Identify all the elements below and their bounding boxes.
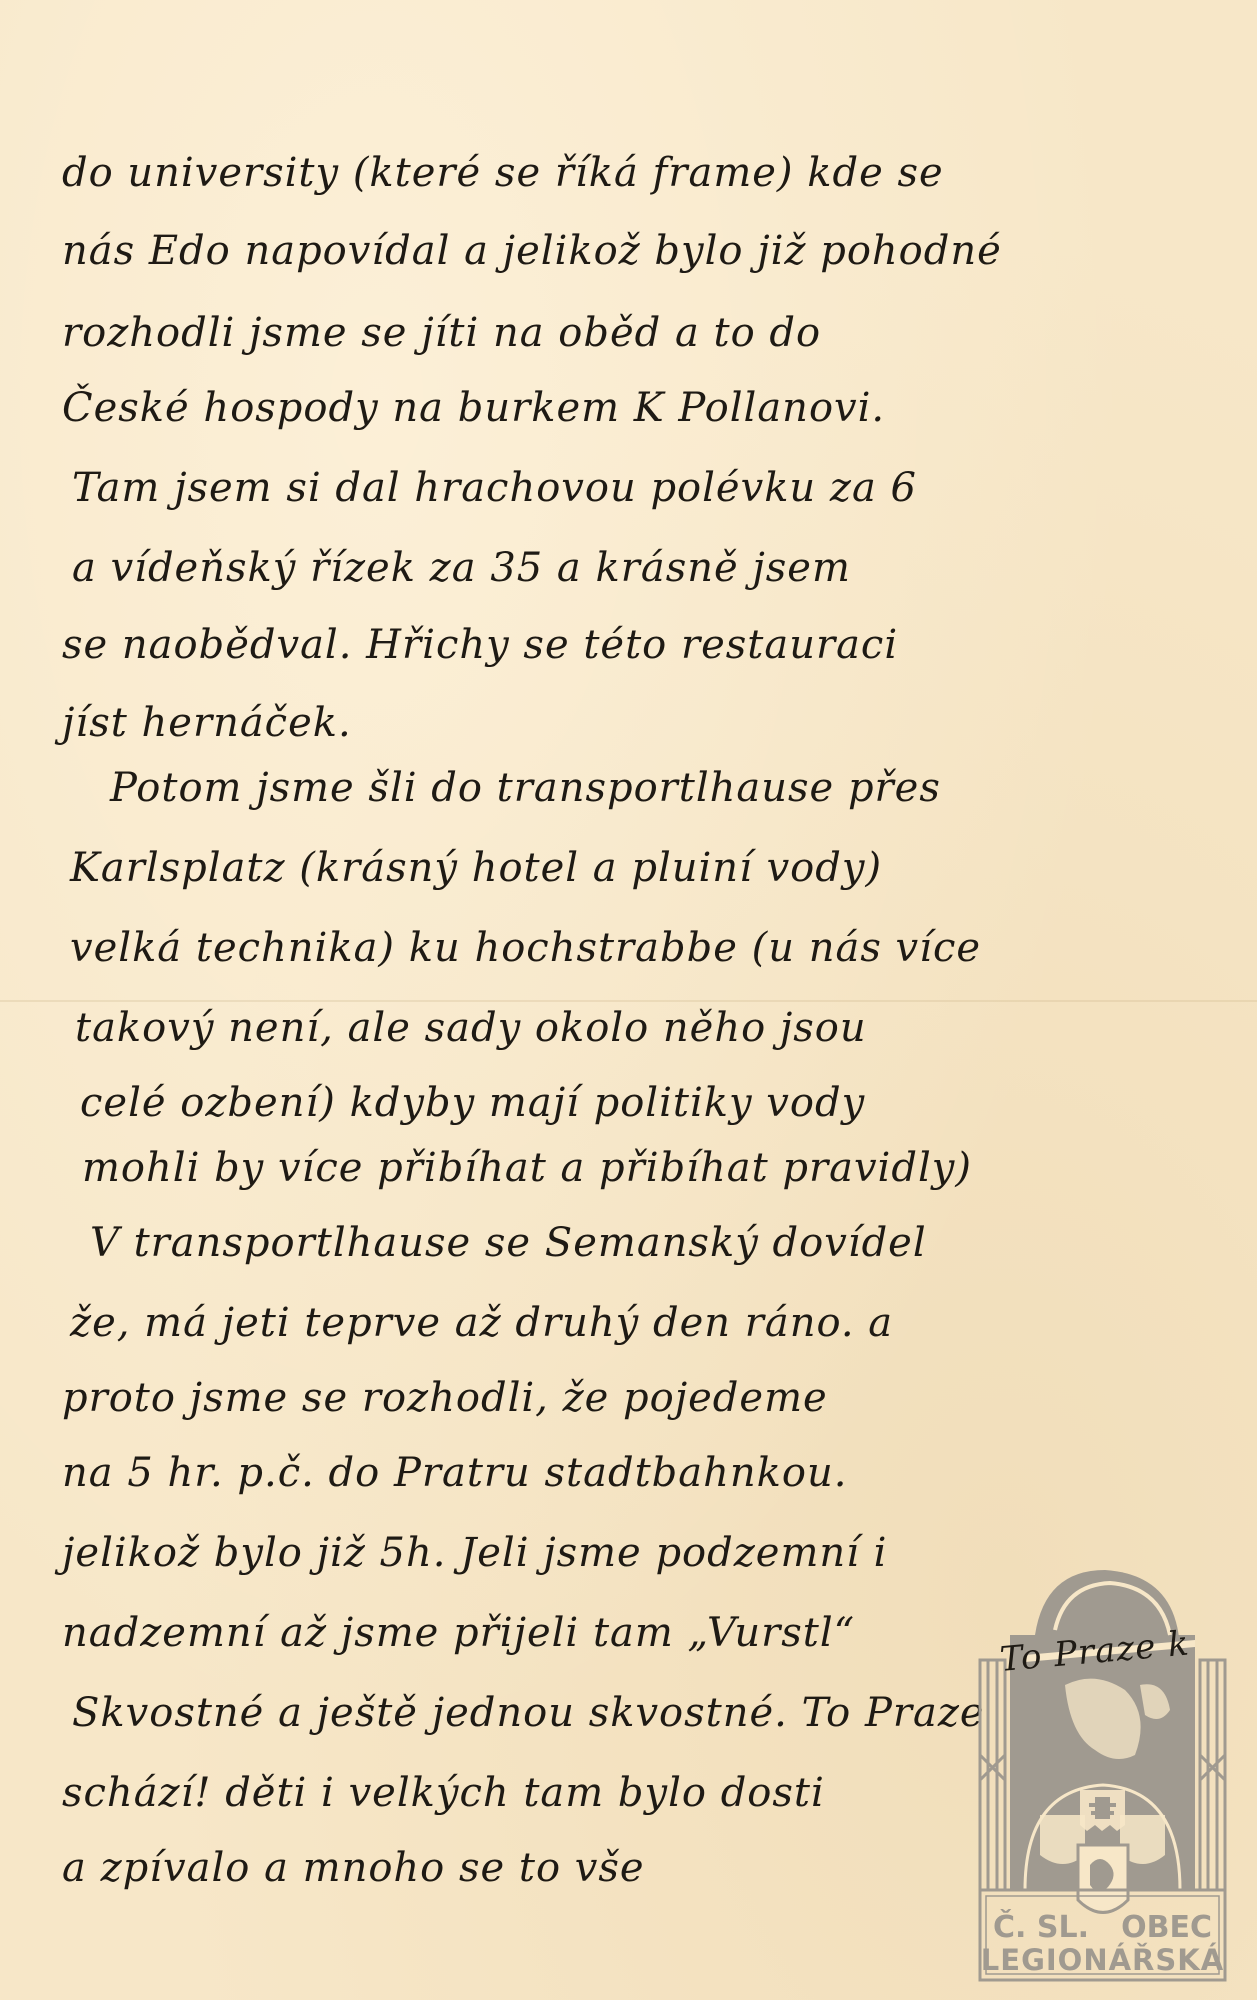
handwritten-line: Potom jsme šli do transportlhause přes <box>110 765 941 811</box>
handwritten-line: mohli by více přibíhat a přibíhat pravid… <box>82 1145 972 1191</box>
handwritten-line: schází! děti i velkých tam bylo dosti <box>62 1770 825 1816</box>
handwritten-line: se naobědval. Hřichy se této restauraci <box>62 622 898 668</box>
handwritten-line: Karlsplatz (krásný hotel a pluiní vody) <box>70 845 882 891</box>
handwritten-line: V transportlhause se Semanský dovídel <box>90 1220 927 1266</box>
handwritten-line: celé ozbení) kdyby mají politiky vody <box>80 1080 865 1126</box>
handwritten-line: rozhodli jsme se jíti na oběd a to do <box>62 310 821 356</box>
watermark-line-2: LEGIONÁŘSKÁ <box>975 1943 1230 1977</box>
handwritten-line: nadzemní až jsme přijeli tam „Vurstl“ <box>62 1610 855 1656</box>
handwritten-line: velká technika) ku hochstrabbe (u nás ví… <box>70 925 981 971</box>
handwritten-line: proto jsme se rozhodli, že pojedeme <box>62 1375 828 1421</box>
handwritten-line: do university (které se říká frame) kde … <box>62 150 944 196</box>
handwritten-line: Tam jsem si dal hrachovou polévku za 6 <box>72 465 917 511</box>
handwritten-line: jíst hernáček. <box>62 700 352 746</box>
handwritten-line: jelikož bylo již 5h. Jeli jsme podzemní … <box>62 1530 887 1576</box>
handwritten-line: a vídeňský řízek za 35 a krásně jsem <box>72 545 851 591</box>
watermark-line-1: Č. SL. OBEC <box>975 1910 1230 1945</box>
watermark-text-left: Č. SL. <box>993 1910 1089 1945</box>
handwritten-line: takový není, ale sady okolo něho jsou <box>75 1005 867 1051</box>
handwritten-line: na 5 hr. p.č. do Pratru stadtbahnkou. <box>62 1450 847 1496</box>
handwritten-line: Skvostné a ještě jednou skvostné. To Pra… <box>72 1690 985 1736</box>
handwritten-line: nás Edo napovídal a jelikož bylo již poh… <box>62 228 1002 274</box>
handwritten-line: že, má jeti teprve až druhý den ráno. a <box>70 1300 893 1346</box>
paper-fold <box>0 1000 1257 1002</box>
legion-watermark-logo: Č. SL. OBEC LEGIONÁŘSKÁ <box>975 1565 1230 1985</box>
handwritten-line: České hospody na burkem K Pollanovi. <box>62 385 885 431</box>
handwritten-line: a zpívalo a mnoho se to vše <box>62 1845 645 1891</box>
watermark-text-right: OBEC <box>1121 1910 1212 1945</box>
